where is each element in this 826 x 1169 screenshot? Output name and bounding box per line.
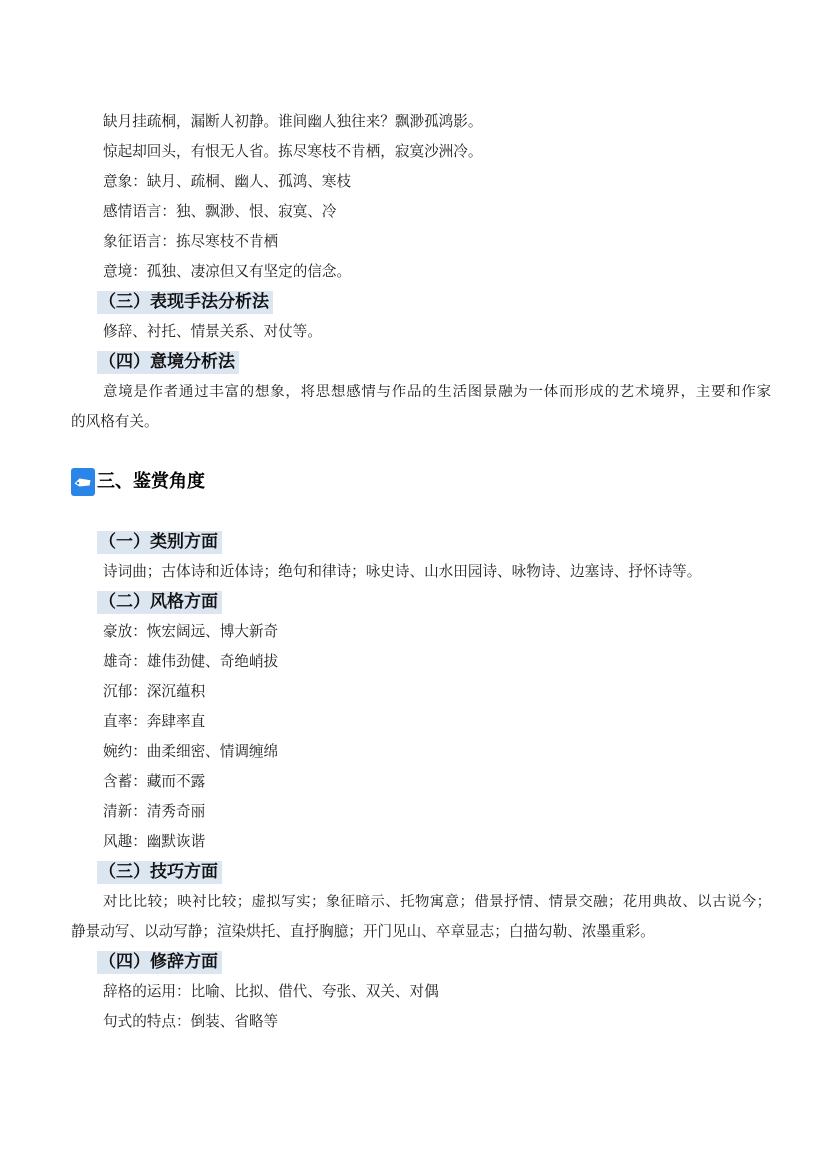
method4-body-line2: 的风格有关。	[71, 407, 771, 437]
subheading-method3: （三）表现手法分析法	[97, 291, 273, 314]
method4-body-line1: 意境是作者通过丰富的想象，将思想感情与作品的生活图景融为一体而形成的艺术境界，主…	[71, 377, 771, 407]
subheading-row-method3: （三）表现手法分析法	[71, 287, 771, 317]
style-item: 雄奇：雄伟劲健、奇绝峭拔	[71, 647, 771, 677]
poem-line-1: 缺月挂疏桐，漏断人初静。谁间幽人独往来？飘渺孤鸿影。	[71, 107, 771, 137]
subheading-row-aspect2: （二）风格方面	[71, 587, 771, 617]
pen-icon	[71, 468, 95, 496]
blank-line	[71, 497, 771, 527]
style-item: 沉郁：深沉蕴积	[71, 677, 771, 707]
blank-line	[71, 437, 771, 467]
style-item: 豪放：恢宏阔远、博大新奇	[71, 617, 771, 647]
aspect3-body-line2: 静景动写、以动写静；渲染烘托、直抒胸臆；开门见山、卒章显志；白描勾勒、浓墨重彩。	[71, 917, 771, 947]
subheading-aspect4: （四）修辞方面	[97, 951, 222, 974]
style-item: 婉约：曲柔细密、情调缠绵	[71, 737, 771, 767]
style-item: 含蓄：藏而不露	[71, 767, 771, 797]
subheading-aspect2: （二）风格方面	[97, 591, 222, 614]
subheading-method4: （四）意境分析法	[97, 351, 239, 374]
document-content: 缺月挂疏桐，漏断人初静。谁间幽人独往来？飘渺孤鸿影。 惊起却回头，有恨无人省。拣…	[71, 107, 771, 1037]
imagery-line: 意象：缺月、疏桐、幽人、孤鸿、寒枝	[71, 167, 771, 197]
aspect3-body-line1: 对比比较；映衬比较；虚拟写实；象征暗示、托物寓意；借景抒情、情景交融；花用典故、…	[71, 887, 771, 917]
subheading-row-aspect3: （三）技巧方面	[71, 857, 771, 887]
subheading-row-method4: （四）意境分析法	[71, 347, 771, 377]
mood-line: 意境：孤独、凄凉但又有坚定的信念。	[71, 257, 771, 287]
aspect4-line2: 句式的特点：倒装、省略等	[71, 1007, 771, 1037]
document-page: 缺月挂疏桐，漏断人初静。谁间幽人独往来？飘渺孤鸿影。 惊起却回头，有恨无人省。拣…	[0, 0, 826, 1169]
method3-body: 修辞、衬托、情景关系、对仗等。	[71, 317, 771, 347]
emotion-language-line: 感情语言：独、飘渺、恨、寂寞、冷	[71, 197, 771, 227]
subheading-row-aspect4: （四）修辞方面	[71, 947, 771, 977]
style-item: 直率：奔肆率直	[71, 707, 771, 737]
poem-line-2: 惊起却回头，有恨无人省。拣尽寒枝不肯栖，寂寞沙洲冷。	[71, 137, 771, 167]
style-item: 风趣：幽默诙谐	[71, 827, 771, 857]
subheading-aspect1: （一）类别方面	[97, 531, 222, 554]
section3-heading: 三、鉴赏角度	[97, 467, 205, 497]
symbol-language-line: 象征语言：拣尽寒枝不肯栖	[71, 227, 771, 257]
subheading-row-aspect1: （一）类别方面	[71, 527, 771, 557]
aspect1-body: 诗词曲；古体诗和近体诗；绝句和律诗；咏史诗、山水田园诗、咏物诗、边塞诗、抒怀诗等…	[71, 557, 771, 587]
style-item: 清新：清秀奇丽	[71, 797, 771, 827]
aspect4-line1: 辞格的运用：比喻、比拟、借代、夸张、双关、对偶	[71, 977, 771, 1007]
subheading-aspect3: （三）技巧方面	[97, 861, 222, 884]
section3-heading-row: 三、鉴赏角度	[71, 467, 771, 497]
